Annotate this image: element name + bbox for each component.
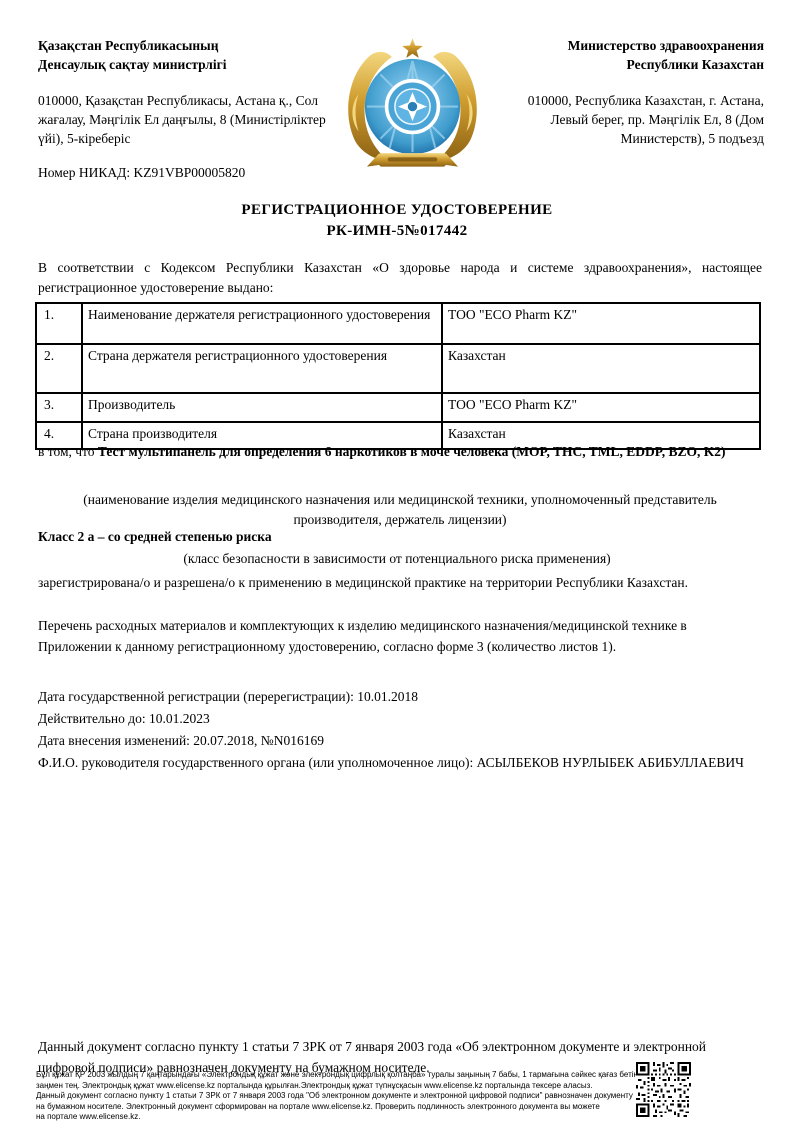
document-title: РЕГИСТРАЦИОННОЕ УДОСТОВЕРЕНИЕ РК-ИМН-5№0…	[0, 200, 794, 242]
smallprint-line: Бұл құжат ҚР 2003 жылдың 7 қаңтарындағы …	[36, 1070, 636, 1081]
header-left-kazakh: Қазақстан Республикасының Денсаулық сақт…	[38, 36, 338, 182]
ministry-name-kk-line1: Қазақстан Республикасының	[38, 36, 338, 55]
table-row: 3. Производитель ТОО "ECO Pharm KZ"	[36, 393, 760, 422]
device-name-note: (наименование изделия медицинского назна…	[70, 490, 730, 530]
ministry-name-ru-line1: Министерство здравоохранения	[495, 36, 764, 55]
amendment-date: Дата внесения изменений: 20.07.2018, №N0…	[38, 730, 762, 752]
qr-code-icon	[636, 1062, 691, 1117]
intro-paragraph: В соответствии с Кодексом Республики Каз…	[38, 258, 762, 298]
registration-certificate-page: Қазақстан Республикасының Денсаулық сақт…	[0, 0, 794, 1123]
nikad-number: Номер НИКАД: KZ91VBP00005820	[38, 163, 338, 182]
valid-until: Действительно до: 10.01.2023	[38, 708, 762, 730]
row-value: ТОО "ECO Pharm KZ"	[442, 303, 760, 344]
ministry-name-ru-line2: Республики Казахстан	[495, 55, 764, 74]
header-right-russian: Министерство здравоохранения Республики …	[495, 36, 764, 148]
kazakhstan-emblem-icon	[340, 32, 485, 177]
device-name: Тест мультипанель для определения 6 нарк…	[98, 444, 726, 459]
row-label: Страна держателя регистрационного удосто…	[82, 344, 442, 393]
row-value: Казахстан	[442, 344, 760, 393]
head-official: Ф.И.О. руководителя государственного орг…	[38, 752, 762, 774]
certificate-number: РК-ИМН-5№017442	[0, 221, 794, 242]
registration-table: 1. Наименование держателя регистрационно…	[35, 302, 761, 450]
row-number: 3.	[36, 393, 82, 422]
header: Қазақстан Республикасының Денсаулық сақт…	[38, 36, 764, 182]
row-label: Производитель	[82, 393, 442, 422]
risk-class-note: (класс безопасности в зависимости от пот…	[0, 551, 794, 567]
risk-class: Класс 2 а – со средней степенью риска	[38, 529, 272, 545]
ministry-address-ru: 010000, Республика Казахстан, г. Астана,…	[495, 91, 764, 148]
document-title-line1: РЕГИСТРАЦИОННОЕ УДОСТОВЕРЕНИЕ	[0, 200, 794, 221]
ministry-address-kk: 010000, Қазақстан Республикасы, Астана қ…	[38, 91, 338, 148]
row-value: ТОО "ECO Pharm KZ"	[442, 393, 760, 422]
table-row: 2. Страна держателя регистрационного удо…	[36, 344, 760, 393]
legal-smallprint: Бұл құжат ҚР 2003 жылдың 7 қаңтарындағы …	[36, 1070, 636, 1123]
registration-date: Дата государственной регистрации (перере…	[38, 686, 762, 708]
smallprint-line: на бумажном носителе. Электронный докуме…	[36, 1102, 636, 1113]
smallprint-line: на портале www.elicense.kz.	[36, 1112, 636, 1123]
details-block: Дата государственной регистрации (перере…	[38, 686, 762, 774]
subject-prefix: в том, что	[38, 444, 98, 459]
subject-paragraph: в том, что Тест мультипанель для определ…	[38, 441, 762, 462]
smallprint-line: заңмен тең. Электрондық құжат www.elicen…	[36, 1081, 636, 1092]
row-number: 1.	[36, 303, 82, 344]
table-row: 1. Наименование держателя регистрационно…	[36, 303, 760, 344]
annex-paragraph: Перечень расходных материалов и комплект…	[38, 615, 754, 657]
ministry-name-kk-line2: Денсаулық сақтау министрлігі	[38, 55, 338, 74]
row-label: Наименование держателя регистрационного …	[82, 303, 442, 344]
smallprint-line: Данный документ согласно пункту 1 статьи…	[36, 1091, 636, 1102]
registered-paragraph: зарегистрирована/о и разрешена/о к приме…	[38, 572, 734, 593]
row-number: 2.	[36, 344, 82, 393]
